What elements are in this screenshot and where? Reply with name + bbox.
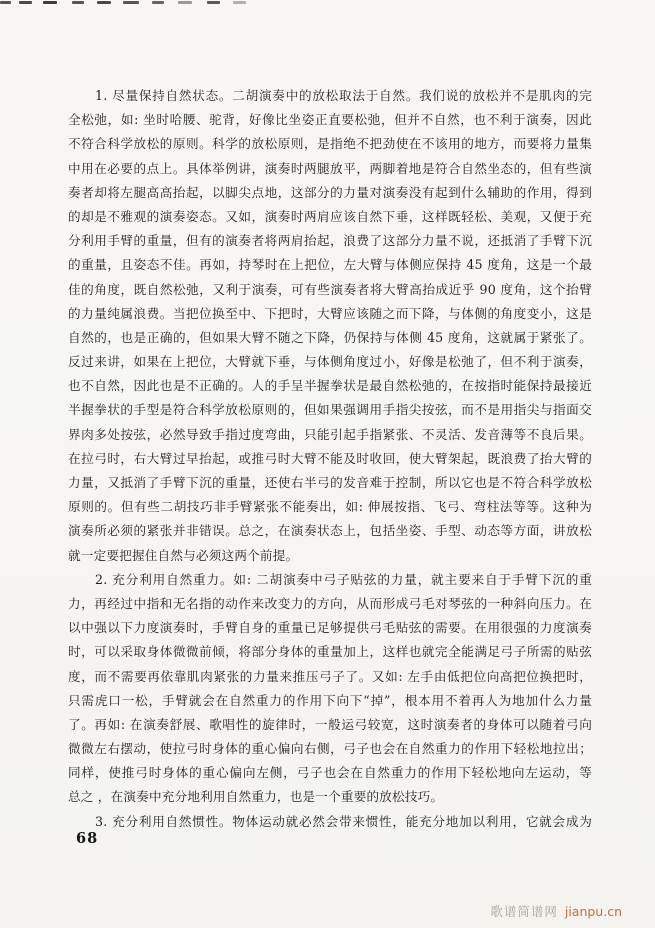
text-line: 在拉弓时，右大臂过早抬起，或推弓时大臂不能及时收回，使大臂架起，既浪费了抬大臂的: [68, 447, 592, 471]
scan-dash: [233, 1, 246, 4]
text-line: 中用在必要的点上。具体举例讲，演奏时两腿放平，两脚着地是符合自然坐态的，但有些演: [68, 157, 592, 181]
text-line: 同样，使推弓时身体的重心偏向左侧，弓子也会在自然重力的作用下轻松地向左运动，等等…: [68, 761, 592, 785]
text-line: 自然的，也是正确的，但如果大臂不随之下降，仍保持与体侧 45 度角，这就属于紧张…: [68, 326, 592, 350]
scan-dash: [178, 1, 192, 4]
text-line: 就一定要把握住自然与必须这两个前提。: [68, 544, 592, 568]
watermark-site-name: 歌谱简谱网: [490, 904, 558, 919]
text-line: 2. 充分利用自然重力。如: 二胡演奏中弓子贴弦的力量，就主要来自于手臂下沉的重: [68, 568, 592, 592]
text-line: 力，再经过中指和无名指的动作来改变力的方向，从而形成弓毛对琴弦的一种斜向压力。在: [68, 592, 592, 616]
text-line: 佳的角度，既自然松弛，又利于演奏，可有些演奏者将大臂高抬成近乎 90 度角，这个…: [68, 278, 592, 302]
text-line: 总之 ，在演奏中充分地利用自然重力，也是一个重要的放松技巧。: [68, 785, 592, 809]
scan-dash: [43, 1, 57, 4]
scanned-page: 1. 尽量保持自然状态。二胡演奏中的放松取法于自然。我们说的放松并不是肌肉的完全…: [0, 0, 655, 928]
text-line: 的重量，且姿态不佳。再如，持琴时在上把位，左大臂与体侧应保持 45 度角，这是一…: [68, 253, 592, 277]
scan-dash: [152, 1, 164, 4]
scan-dash: [123, 1, 139, 4]
text-line: 的却是不雅观的演奏姿态。又如，演奏时两肩应该自然下垂，这样既轻松、美观，又便于充: [68, 205, 592, 229]
body-text: 1. 尽量保持自然状态。二胡演奏中的放松取法于自然。我们说的放松并不是肌肉的完全…: [68, 84, 592, 834]
watermark: 歌谱简谱网 jianpu.cn: [490, 902, 622, 920]
text-line: 3. 充分利用自然惯性。物体运动就必然会带来惯性，能充分地加以利用，它就会成为: [68, 810, 592, 834]
text-line: 也不自然，因此也是不正确的。人的手呈半握拳状是最自然松弛的，在按指时能保持最接近: [68, 374, 592, 398]
page-number: 68: [76, 830, 98, 847]
text-line: 原则的。但有些二胡技巧非手臂紧张不能奏出，如: 伸展按指、飞弓、弯柱法等等。这种…: [68, 495, 592, 519]
text-line: 1. 尽量保持自然状态。二胡演奏中的放松取法于自然。我们说的放松并不是肌肉的完: [68, 84, 592, 108]
scan-dash: [72, 1, 84, 4]
scan-dash: [19, 1, 32, 4]
text-line: 微微左右摆动，使拉弓时身体的重心偏向右侧，弓子也会在自然重力的作用下轻松地拉出；: [68, 737, 592, 761]
text-line: 奏者却将左腿高高抬起，以脚尖点地，这部分的力量对演奏没有起到什么辅助的作用，得到: [68, 181, 592, 205]
text-line: 力量，又抵消了手臂下沉的重量，还使右半弓的发音难于控制，所以它也是不符合科学放松: [68, 471, 592, 495]
text-line: 半握拳状的手型是符合科学放松原则的，但如果强调用手指尖按弦，而不是用指尖与指面交: [68, 398, 592, 422]
text-line: 演奏所必须的紧张并非错误。总之，在演奏状态上，包括坐姿、手型、动态等方面，讲放松: [68, 519, 592, 543]
text-line: 了。再如: 在演奏舒展、歌唱性的旋律时，一般运弓较宽，这时演奏者的身体可以随着弓…: [68, 713, 592, 737]
watermark-site-url: jianpu.cn: [565, 904, 622, 919]
text-line: 的力量纯属浪费。当把位换至中、下把时，大臂应该随之而下降，与体侧的角度变小，这是: [68, 302, 592, 326]
text-line: 全松弛，如: 坐时哈腰、驼背，好像比坐姿正直要松弛，但并不自然，也不利于演奏，因…: [68, 108, 592, 132]
scan-dash: [207, 1, 220, 4]
scan-artifact-dashes: [0, 0, 655, 8]
text-line: 只需虎口一松，手臂就会在自然重力的作用下向下“掉”，根本用不着再人为地加什么力量: [68, 689, 592, 713]
text-line: 反过来讲，如果在上把位，大臂就下垂，与体侧角度过小，好像是松弛了，但不利于演奏，: [68, 350, 592, 374]
scan-dash: [97, 1, 111, 4]
text-line: 不符合科学放松的原则。科学的放松原则，是指绝不把劲使在不该用的地方，而要将力量集: [68, 132, 592, 156]
text-line: 分利用手臂的重量，但有的演奏者将两肩抬起，浪费了这部分力量不说，还抵消了手臂下沉: [68, 229, 592, 253]
text-line: 度，而不需要再依靠肌肉紧张的力量来推压弓子了。又如: 左手由低把位向高把位换把时…: [68, 665, 592, 689]
text-line: 以中强以下力度演奏时，手臂自身的重量已足够提供弓毛贴弦的需要。在用很强的力度演奏: [68, 616, 592, 640]
text-line: 界肉多处按弦，必然导致手指过度弯曲，只能引起手指紧张、不灵活、发音薄等不良后果。: [68, 423, 592, 447]
text-line: 时，可以采取身体微微前倾，将部分身体的重量加上，这样也就完全能满足弓子所需的贴弦: [68, 640, 592, 664]
scan-dash: [0, 1, 11, 4]
